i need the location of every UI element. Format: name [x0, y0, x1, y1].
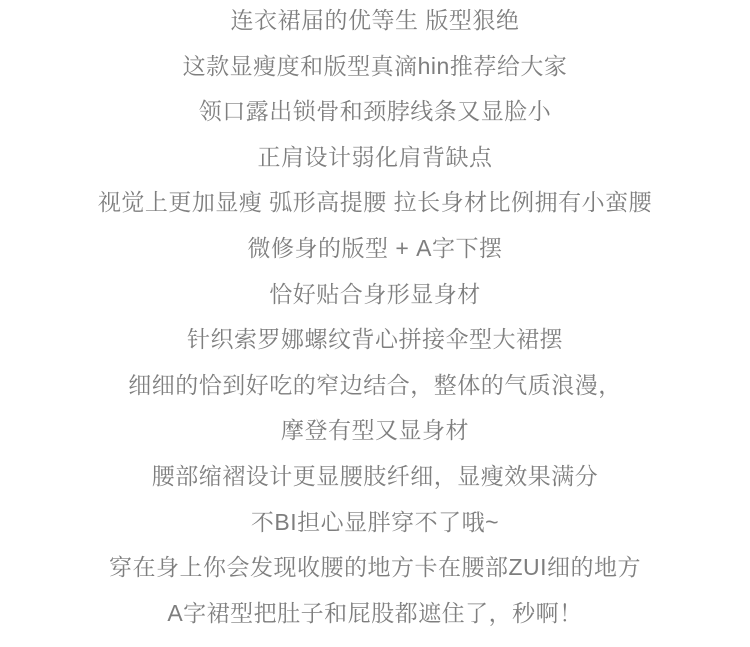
- description-line: 领口露出锁骨和颈脖线条又显脸小: [0, 89, 750, 135]
- product-description-text-block: 连衣裙届的优等生 版型狠绝 这款显瘦度和版型真滴hin推荐给大家 领口露出锁骨和…: [0, 0, 750, 636]
- description-line: 摩登有型又显身材: [0, 408, 750, 454]
- description-line: 微修身的版型 + A字下摆: [0, 226, 750, 272]
- description-line: 连衣裙届的优等生 版型狠绝: [0, 0, 750, 44]
- product-description-page: 连衣裙届的优等生 版型狠绝 这款显瘦度和版型真滴hin推荐给大家 领口露出锁骨和…: [0, 0, 750, 647]
- description-line: 穿在身上你会发现收腰的地方卡在腰部ZUI细的地方: [0, 545, 750, 591]
- description-line: 不BI担心显胖穿不了哦~: [0, 500, 750, 546]
- description-line: 正肩设计弱化肩背缺点: [0, 135, 750, 181]
- description-line: 腰部缩褶设计更显腰肢纤细，显瘦效果满分: [0, 454, 750, 500]
- description-line: 针织索罗娜螺纹背心拼接伞型大裙摆: [0, 317, 750, 363]
- description-line: 视觉上更加显瘦 弧形高提腰 拉长身材比例拥有小蛮腰: [0, 180, 750, 226]
- description-line: 恰好贴合身形显身材: [0, 272, 750, 318]
- description-line: 细细的恰到好吃的窄边结合，整体的气质浪漫，: [0, 363, 750, 409]
- description-line: A字裙型把肚子和屁股都遮住了，秒啊！: [0, 591, 750, 637]
- description-line: 这款显瘦度和版型真滴hin推荐给大家: [0, 44, 750, 90]
